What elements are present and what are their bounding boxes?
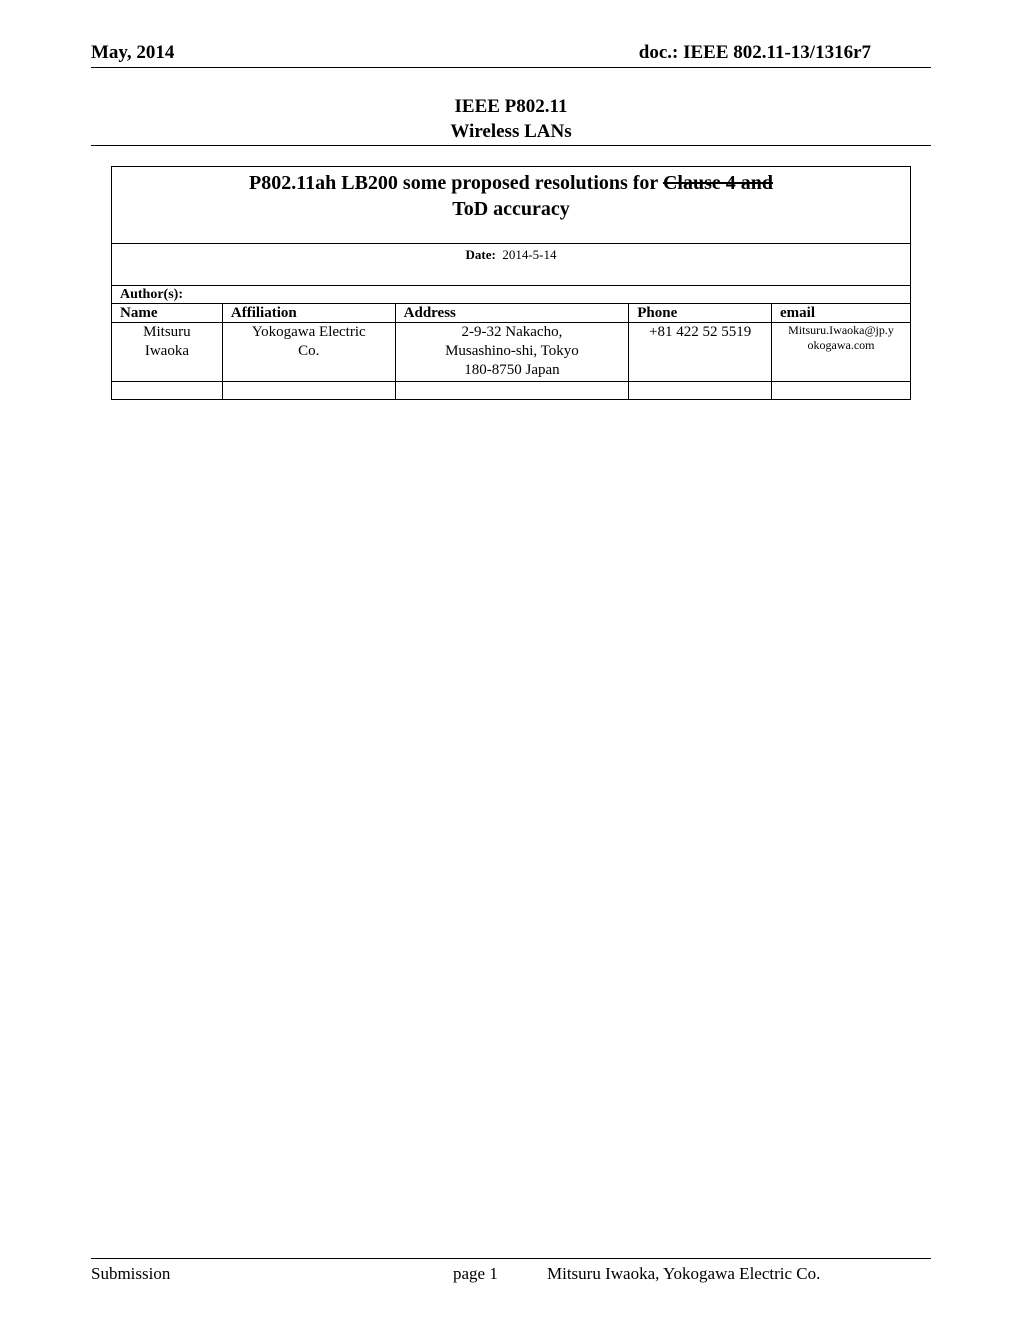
table-row: Mitsuru Iwaoka Yokogawa Electric Co. 2-9… (112, 323, 911, 382)
footer-submission: Submission (91, 1264, 170, 1284)
author-name: Mitsuru Iwaoka (112, 323, 223, 382)
table-header-row: Name Affiliation Address Phone email (112, 304, 911, 323)
col-name: Name (112, 304, 223, 323)
name-line: Iwaoka (145, 343, 189, 359)
empty-cell (772, 382, 911, 400)
title-table: P802.11ah LB200 some proposed resolution… (111, 166, 911, 400)
address-line: Musashino-shi, Tokyo (445, 343, 579, 359)
author-affiliation: Yokogawa Electric Co. (222, 323, 395, 382)
col-phone: Phone (629, 304, 772, 323)
col-affiliation: Affiliation (222, 304, 395, 323)
organization-block: IEEE P802.11 Wireless LANs (91, 94, 931, 146)
empty-cell (112, 382, 223, 400)
header-doc-id: doc.: IEEE 802.11-13/1316r7 (639, 42, 871, 64)
empty-cell (629, 382, 772, 400)
date-label: Date: (466, 247, 496, 262)
address-line: 180-8750 Japan (464, 362, 559, 378)
date-value: 2014-5-14 (502, 247, 556, 262)
date-cell: Date: 2014-5-14 (112, 244, 911, 286)
col-email: email (772, 304, 911, 323)
org-subtitle: Wireless LANs (91, 119, 931, 144)
address-line: 2-9-32 Nakacho, (462, 324, 563, 340)
page-header: May, 2014 doc.: IEEE 802.11-13/1316r7 (91, 40, 931, 68)
empty-cell (395, 382, 629, 400)
author-phone: +81 422 52 5519 (629, 323, 772, 382)
col-address: Address (395, 304, 629, 323)
title-struck-text: Clause 4 and (663, 172, 773, 194)
authors-label: Author(s): (112, 286, 911, 304)
org-name: IEEE P802.11 (91, 94, 931, 119)
author-address: 2-9-32 Nakacho, Musashino-shi, Tokyo 180… (395, 323, 629, 382)
empty-cell (222, 382, 395, 400)
author-email: Mitsuru.Iwaoka@jp.y okogawa.com (772, 323, 911, 382)
title-text: P802.11ah LB200 some proposed resolution… (249, 172, 663, 194)
name-line: Mitsuru (143, 324, 191, 340)
email-line: Mitsuru.Iwaoka@jp.y (788, 323, 894, 337)
title-line2: ToD accuracy (452, 198, 570, 220)
document-title: P802.11ah LB200 some proposed resolution… (112, 167, 911, 244)
affiliation-line: Yokogawa Electric (252, 324, 366, 340)
page-footer: Submission page 1 Mitsuru Iwaoka, Yokoga… (91, 1258, 931, 1259)
empty-table-row (112, 382, 911, 400)
header-date: May, 2014 (91, 42, 174, 64)
affiliation-line: Co. (298, 343, 319, 359)
footer-author: Mitsuru Iwaoka, Yokogawa Electric Co. (547, 1264, 820, 1284)
email-line: okogawa.com (808, 338, 875, 352)
footer-page-number: page 1 (453, 1264, 498, 1284)
